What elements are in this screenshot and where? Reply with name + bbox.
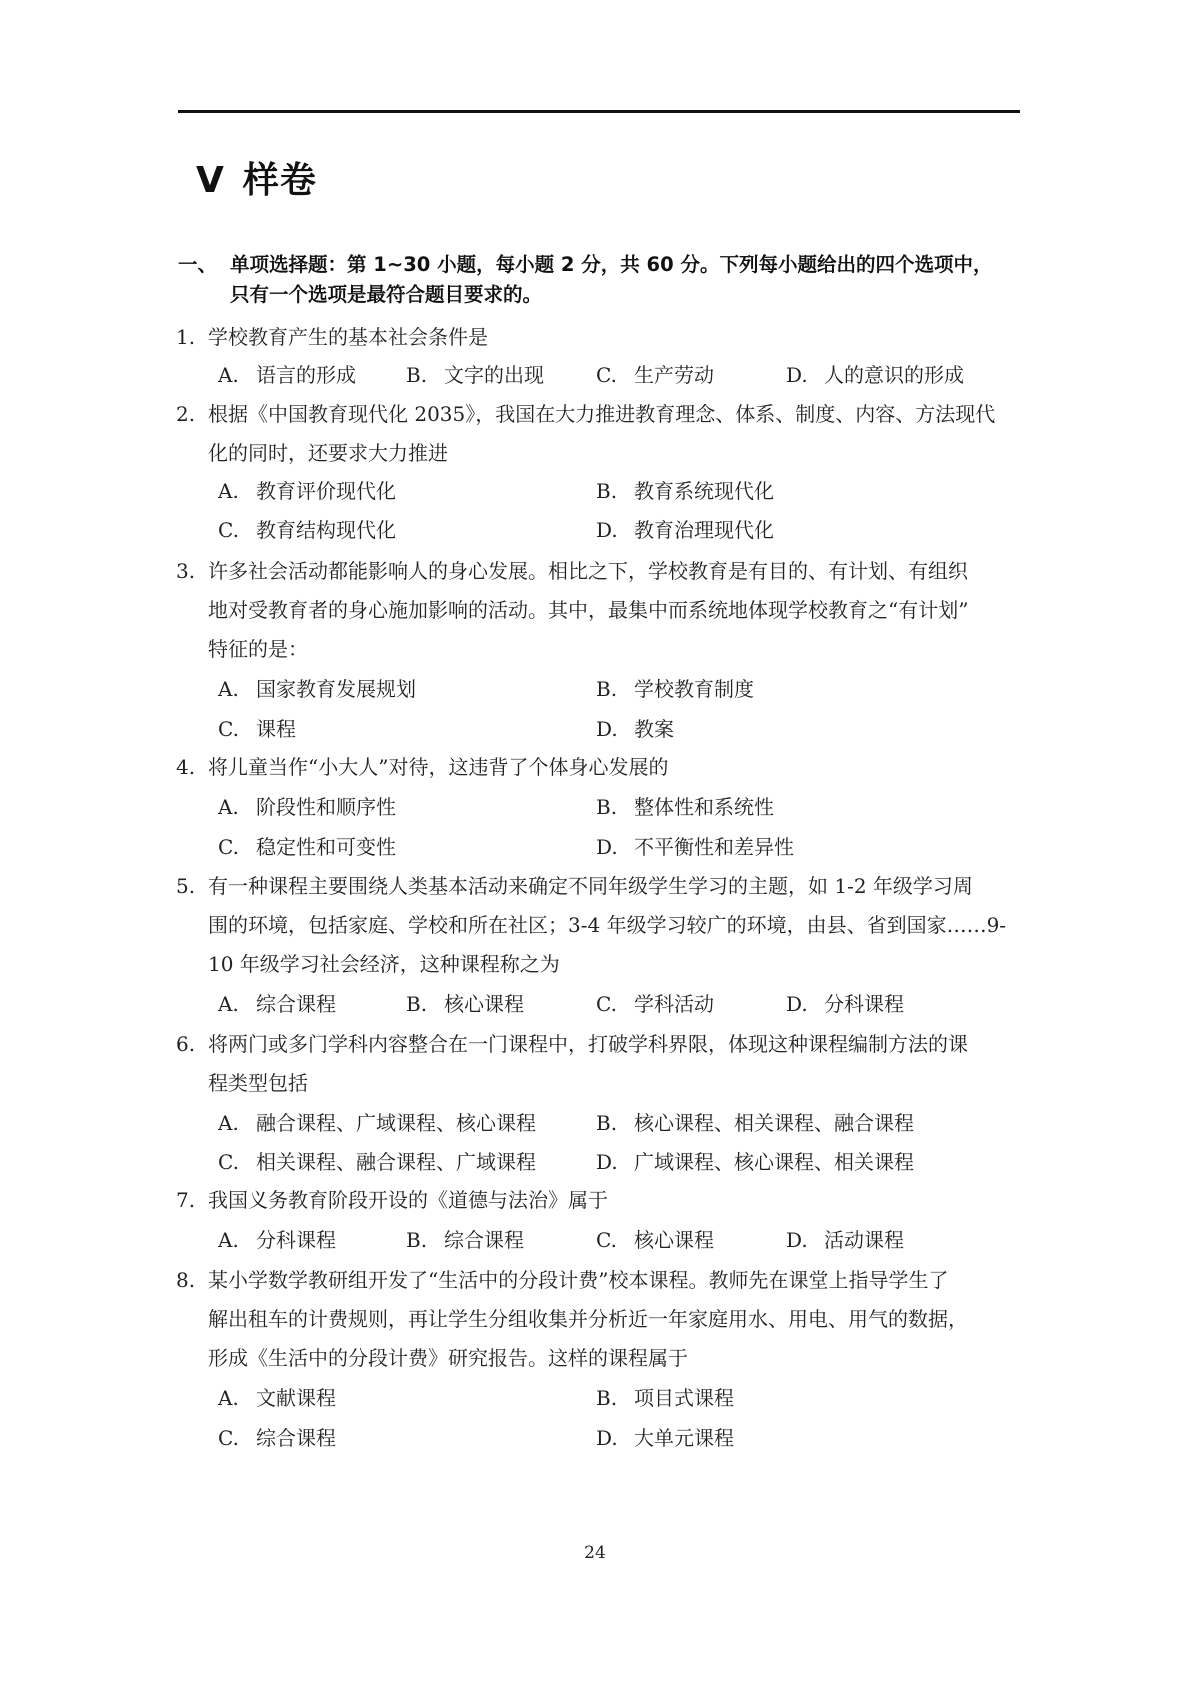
question-3-option-d[interactable]: D.教案 — [596, 716, 674, 742]
question-5-stem: 5.有一种课程主要围绕人类基本活动来确定不同年级学生学习的主题，如 1-2 年级… — [176, 873, 973, 899]
header-rule — [178, 110, 1020, 113]
section-instructions: 单项选择题：第 1~30 小题，每小题 2 分，共 60 分。下列每小题给出的四… — [230, 253, 992, 276]
question-2-option-c[interactable]: C.教育结构现代化 — [218, 517, 396, 543]
question-8-stem-cont-1: 解出租车的计费规则，再让学生分组收集并分析近一年家庭用水、用电、用气的数据， — [208, 1306, 968, 1332]
question-number: 8. — [176, 1267, 208, 1293]
question-8-option-d[interactable]: D.大单元课程 — [596, 1425, 734, 1451]
section-heading-line-1: 一、单项选择题：第 1~30 小题，每小题 2 分，共 60 分。下列每小题给出… — [178, 252, 992, 278]
question-2-option-a[interactable]: A.教育评价现代化 — [218, 478, 396, 504]
question-6-option-d[interactable]: D.广域课程、核心课程、相关课程 — [596, 1149, 914, 1175]
question-5-option-d[interactable]: D.分科课程 — [786, 991, 904, 1017]
question-number: 6. — [176, 1031, 208, 1057]
page-number: 24 — [0, 1543, 1190, 1563]
question-6-stem: 6.将两门或多门学科内容整合在一门课程中，打破学科界限，体现这种课程编制方法的课 — [176, 1031, 968, 1057]
question-2-stem: 2.根据《中国教育现代化 2035》，我国在大力推进教育理念、体系、制度、内容、… — [176, 401, 995, 427]
question-1-option-d[interactable]: D.人的意识的形成 — [786, 362, 964, 388]
question-7-option-d[interactable]: D.活动课程 — [786, 1227, 904, 1253]
question-number: 1. — [176, 324, 208, 350]
question-3-stem: 3.许多社会活动都能影响人的身心发展。相比之下，学校教育是有目的、有计划、有组织 — [176, 558, 968, 584]
title-roman-numeral: V — [196, 160, 225, 201]
question-1-stem: 1.学校教育产生的基本社会条件是 — [176, 324, 488, 350]
question-8-option-a[interactable]: A.文献课程 — [218, 1385, 336, 1411]
question-5-stem-cont-2: 10 年级学习社会经济，这种课程称之为 — [208, 951, 560, 977]
question-4-option-a[interactable]: A.阶段性和顺序性 — [218, 794, 396, 820]
question-5-option-b[interactable]: B.核心课程 — [406, 991, 524, 1017]
question-number: 5. — [176, 873, 208, 899]
title-text: 样卷 — [243, 160, 317, 201]
question-number: 4. — [176, 754, 208, 780]
question-number: 7. — [176, 1187, 208, 1213]
question-7-stem: 7.我国义务教育阶段开设的《道德与法治》属于 — [176, 1187, 608, 1213]
question-1-option-b[interactable]: B.文字的出现 — [406, 362, 544, 388]
question-7-option-b[interactable]: B.综合课程 — [406, 1227, 524, 1253]
question-2-stem-cont: 化的同时，还要求大力推进 — [208, 440, 448, 466]
question-5-option-c[interactable]: C.学科活动 — [596, 991, 714, 1017]
question-8-option-b[interactable]: B.项目式课程 — [596, 1385, 734, 1411]
question-5-stem-cont-1: 围的环境，包括家庭、学校和所在社区；3-4 年级学习较广的环境，由县、省到国家…… — [208, 912, 1006, 938]
question-8-stem: 8.某小学数学教研组开发了“生活中的分段计费”校本课程。教师先在课堂上指导学生了 — [176, 1267, 948, 1293]
document-page: V样卷 一、单项选择题：第 1~30 小题，每小题 2 分，共 60 分。下列每… — [0, 0, 1190, 1683]
question-1-option-a[interactable]: A.语言的形成 — [218, 362, 356, 388]
question-4-option-d[interactable]: D.不平衡性和差异性 — [596, 834, 794, 860]
question-7-option-a[interactable]: A.分科课程 — [218, 1227, 336, 1253]
question-6-option-a[interactable]: A.融合课程、广域课程、核心课程 — [218, 1110, 536, 1136]
question-6-stem-cont: 程类型包括 — [208, 1070, 308, 1096]
question-2-option-d[interactable]: D.教育治理现代化 — [596, 517, 774, 543]
question-8-option-c[interactable]: C.综合课程 — [218, 1425, 336, 1451]
question-6-option-b[interactable]: B.核心课程、相关课程、融合课程 — [596, 1110, 914, 1136]
question-7-option-c[interactable]: C.核心课程 — [596, 1227, 714, 1253]
question-2-option-b[interactable]: B.教育系统现代化 — [596, 478, 774, 504]
question-5-option-a[interactable]: A.综合课程 — [218, 991, 336, 1017]
question-3-option-a[interactable]: A.国家教育发展规划 — [218, 676, 416, 702]
question-number: 2. — [176, 401, 208, 427]
page-title: V样卷 — [196, 152, 317, 203]
question-6-option-c[interactable]: C.相关课程、融合课程、广域课程 — [218, 1149, 536, 1175]
question-3-option-b[interactable]: B.学校教育制度 — [596, 676, 754, 702]
question-4-option-b[interactable]: B.整体性和系统性 — [596, 794, 774, 820]
question-4-stem: 4.将儿童当作“小大人”对待，这违背了个体身心发展的 — [176, 754, 668, 780]
question-3-option-c[interactable]: C.课程 — [218, 716, 296, 742]
question-1-option-c[interactable]: C.生产劳动 — [596, 362, 714, 388]
question-3-stem-cont-1: 地对受教育者的身心施加影响的活动。其中，最集中而系统地体现学校教育之“有计划” — [208, 597, 968, 623]
section-heading-line-2: 只有一个选项是最符合题目要求的。 — [230, 282, 542, 308]
question-8-stem-cont-2: 形成《生活中的分段计费》研究报告。这样的课程属于 — [208, 1345, 688, 1371]
section-number: 一、 — [178, 252, 230, 278]
question-3-stem-cont-2: 特征的是： — [208, 636, 308, 662]
question-number: 3. — [176, 558, 208, 584]
question-4-option-c[interactable]: C.稳定性和可变性 — [218, 834, 396, 860]
